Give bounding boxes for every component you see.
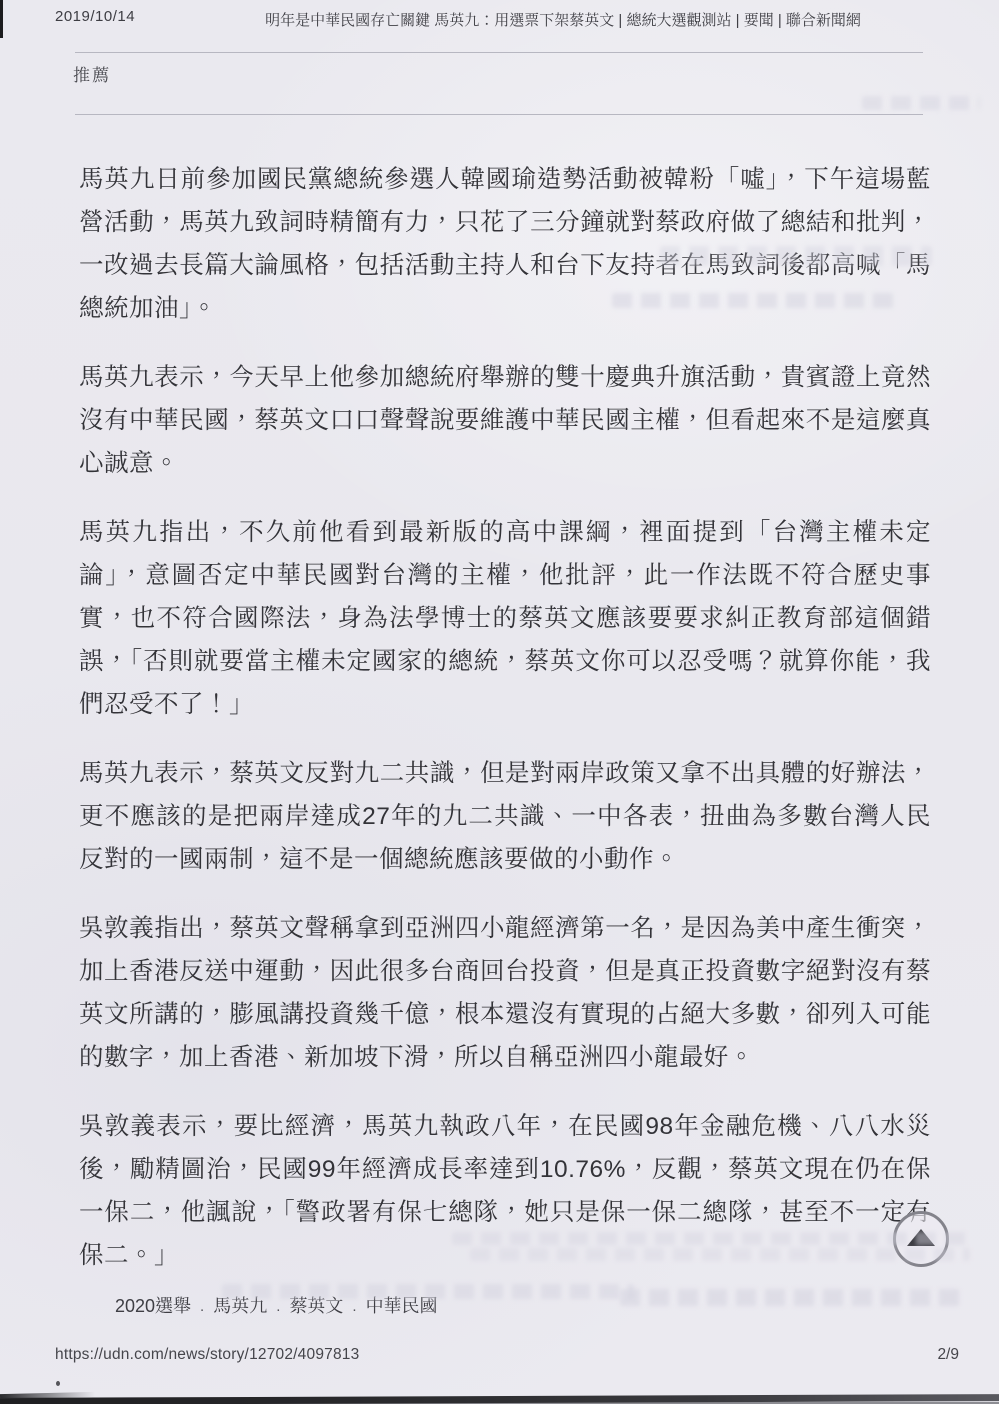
print-date: 2019/10/14 bbox=[55, 8, 135, 25]
scan-artifact bbox=[0, 0, 3, 38]
tag-link[interactable]: 蔡英文 bbox=[289, 1296, 343, 1316]
tag-link[interactable]: 中華民國 bbox=[366, 1296, 438, 1316]
article-paragraph: 馬英九表示，今天早上他參加總統府舉辦的雙十慶典升旗活動，貴賓證上竟然沒有中華民國… bbox=[79, 356, 931, 485]
divider bbox=[75, 114, 923, 115]
bleed-through-ghost bbox=[452, 1232, 972, 1245]
article-body: 馬英九日前參加國民黨總統參選人韓國瑜造勢活動被韓粉「噓」，下午這場藍營活動，馬英… bbox=[79, 158, 931, 1303]
footer-url: https://udn.com/news/story/12702/4097813 bbox=[55, 1346, 359, 1364]
tag-link[interactable]: 馬英九 bbox=[213, 1296, 267, 1316]
print-header: 2019/10/14 明年是中華民國存亡關鍵 馬英九：用選票下架蔡英文 | 總統… bbox=[0, 8, 999, 30]
scan-artifact bbox=[56, 1381, 60, 1386]
divider bbox=[75, 52, 923, 53]
tag-separator: . bbox=[276, 1298, 280, 1315]
page-number-indicator: 2/9 bbox=[937, 1346, 959, 1364]
bleed-through-ghost bbox=[620, 1289, 960, 1306]
bleed-through-ghost bbox=[862, 96, 980, 110]
page-title: 明年是中華民國存亡關鍵 馬英九：用選票下架蔡英文 | 總統大選觀測站 | 要聞 … bbox=[265, 9, 861, 30]
article-paragraph: 馬英九表示，蔡英文反對九二共識，但是對兩岸政策又拿不出具體的好辦法，更不應該的是… bbox=[79, 752, 931, 881]
tag-link[interactable]: 2020選舉 bbox=[115, 1296, 191, 1316]
tag-separator: . bbox=[200, 1298, 204, 1315]
bleed-through-ghost bbox=[612, 293, 894, 308]
bleed-through-ghost bbox=[222, 1284, 634, 1299]
tag-separator: . bbox=[352, 1298, 356, 1315]
article-paragraph: 吳敦義指出，蔡英文聲稱拿到亞洲四小龍經濟第一名，是因為美中產生衝突，加上香港反送… bbox=[79, 907, 931, 1079]
bleed-through-ghost bbox=[660, 246, 932, 266]
scanned-page: 2019/10/14 明年是中華民國存亡關鍵 馬英九：用選票下架蔡英文 | 總統… bbox=[0, 0, 999, 1404]
bleed-through-ghost bbox=[470, 1248, 970, 1261]
article-paragraph: 馬英九指出，不久前他看到最新版的高中課綱，裡面提到「台灣主權未定論」，意圖否定中… bbox=[79, 511, 931, 726]
recommend-section-label: 推薦 bbox=[73, 61, 111, 86]
